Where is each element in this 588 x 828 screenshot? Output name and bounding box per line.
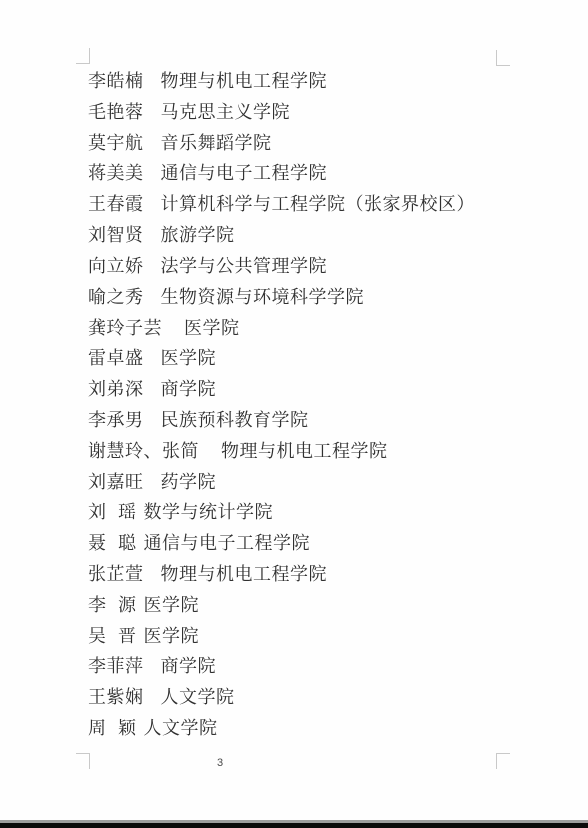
student-name: 龚玲子芸: [88, 318, 162, 338]
student-name: 张芷萱: [88, 564, 144, 584]
college-name: 马克思主义学院: [161, 102, 291, 122]
roster-row: 聂 聪通信与电子工程学院: [88, 528, 475, 559]
student-name: 王春霞: [88, 194, 144, 214]
college-name: 数学与统计学院: [144, 502, 274, 522]
college-name: 人文学院: [161, 687, 235, 707]
college-name: 法学与公共管理学院: [161, 256, 328, 276]
student-name: 刘弟深: [88, 379, 144, 399]
roster-row: 龚玲子芸医学院: [88, 313, 475, 344]
college-name: 音乐舞蹈学院: [161, 133, 272, 153]
text-boundary-corner-bottom-left: [76, 753, 90, 769]
college-name: 生物资源与环境科学学院: [161, 287, 365, 307]
roster-row: 向立娇法学与公共管理学院: [88, 251, 475, 282]
text-boundary-corner-bottom-right: [496, 753, 510, 769]
college-name: 商学院: [161, 656, 217, 676]
student-name: 向立娇: [88, 256, 144, 276]
college-name: 物理与机电工程学院: [221, 441, 388, 461]
student-name: 周 颖: [88, 718, 137, 738]
roster-row: 刘智贤旅游学院: [88, 220, 475, 251]
college-name: 民族预科教育学院: [161, 410, 309, 430]
roster-row: 蒋美美通信与电子工程学院: [88, 158, 475, 189]
roster-row: 李 源医学院: [88, 590, 475, 621]
student-name: 李 源: [88, 595, 137, 615]
student-name: 吴 晋: [88, 626, 137, 646]
student-name: 王紫娴: [88, 687, 144, 707]
student-name: 莫宇航: [88, 133, 144, 153]
college-name: 医学院: [161, 348, 217, 368]
student-name: 李皓楠: [88, 71, 144, 91]
college-name: 物理与机电工程学院: [161, 71, 328, 91]
photo-bottom-black-strip: [0, 823, 588, 828]
roster-row: 李承男民族预科教育学院: [88, 405, 475, 436]
student-college-roster: 李皓楠物理与机电工程学院毛艳蓉马克思主义学院莫宇航音乐舞蹈学院蒋美美通信与电子工…: [88, 66, 475, 744]
roster-row: 刘弟深商学院: [88, 374, 475, 405]
text-boundary-corner-top-right: [496, 50, 510, 66]
roster-row: 刘嘉旺药学院: [88, 467, 475, 498]
student-name: 刘嘉旺: [88, 472, 144, 492]
student-name: 喻之秀: [88, 287, 144, 307]
page-number: 3: [217, 757, 223, 769]
college-name: 通信与电子工程学院: [161, 163, 328, 183]
roster-row: 李菲萍商学院: [88, 651, 475, 682]
roster-row: 张芷萱物理与机电工程学院: [88, 559, 475, 590]
roster-row: 刘 瑶数学与统计学院: [88, 497, 475, 528]
student-name: 雷卓盛: [88, 348, 144, 368]
roster-row: 李皓楠物理与机电工程学院: [88, 66, 475, 97]
roster-row: 吴 晋医学院: [88, 621, 475, 652]
roster-row: 雷卓盛医学院: [88, 343, 475, 374]
roster-row: 王紫娴人文学院: [88, 682, 475, 713]
roster-row: 王春霞计算机科学与工程学院（张家界校区）: [88, 189, 475, 220]
college-name: 医学院: [144, 626, 200, 646]
roster-row: 喻之秀生物资源与环境科学学院: [88, 282, 475, 313]
college-name: 人文学院: [144, 718, 218, 738]
college-name: 医学院: [144, 595, 200, 615]
student-name: 谢慧玲、张简: [88, 441, 199, 461]
roster-row: 谢慧玲、张简物理与机电工程学院: [88, 436, 475, 467]
roster-row: 莫宇航音乐舞蹈学院: [88, 128, 475, 159]
college-name: 药学院: [161, 472, 217, 492]
college-name: 计算机科学与工程学院（张家界校区）: [161, 194, 476, 214]
student-name: 李菲萍: [88, 656, 144, 676]
student-name: 毛艳蓉: [88, 102, 144, 122]
roster-row: 毛艳蓉马克思主义学院: [88, 97, 475, 128]
document-page: 李皓楠物理与机电工程学院毛艳蓉马克思主义学院莫宇航音乐舞蹈学院蒋美美通信与电子工…: [0, 0, 588, 828]
college-name: 商学院: [161, 379, 217, 399]
college-name: 旅游学院: [161, 225, 235, 245]
student-name: 刘智贤: [88, 225, 144, 245]
student-name: 李承男: [88, 410, 144, 430]
college-name: 通信与电子工程学院: [144, 533, 311, 553]
text-boundary-corner-top-left: [76, 48, 90, 64]
student-name: 蒋美美: [88, 163, 144, 183]
student-name: 刘 瑶: [88, 502, 137, 522]
college-name: 医学院: [184, 318, 240, 338]
college-name: 物理与机电工程学院: [161, 564, 328, 584]
roster-row: 周 颖人文学院: [88, 713, 475, 744]
student-name: 聂 聪: [88, 533, 137, 553]
